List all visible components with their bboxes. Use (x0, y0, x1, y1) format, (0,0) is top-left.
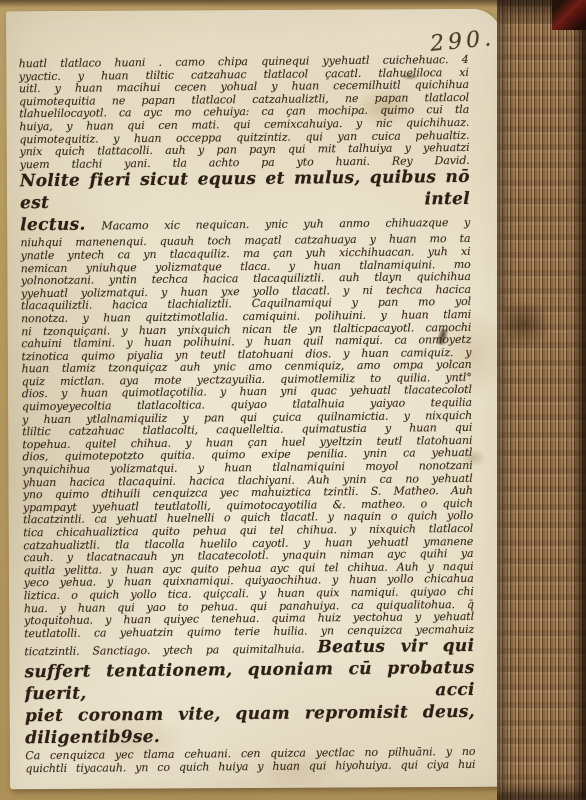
rubric-text: piet coronam vite, quam repromisit deus,… (25, 702, 475, 748)
rubric-text: Beatus vir qui (317, 636, 474, 658)
rubric-text: Nolite fieri sicut equus et mulus, quibu… (20, 167, 470, 213)
binding-corner (552, 0, 586, 30)
book-fore-edge (497, 0, 586, 800)
text-line: suffert tentationem, quoniam cū probatus… (24, 658, 474, 706)
manuscript-text: huatl tlatlaco huani . camo chipa quineq… (19, 54, 476, 776)
rubric-text: lectus. (20, 215, 86, 236)
manuscript-photo: 290. huatl tlatlaco huani . camo chipa q… (0, 0, 586, 800)
text-line: piet coronam vite, quam repromisit deus,… (25, 702, 475, 750)
body-text: Macamo xic nequican. ynic yuh anmo chihu… (86, 216, 471, 233)
manuscript-page: 290. huatl tlatlaco huani . camo chipa q… (6, 9, 506, 790)
fore-edge-stain (505, 300, 551, 348)
body-text: ticatzintli. Sanctiago. ytech pa quimita… (24, 643, 317, 659)
text-line: Nolite fieri sicut equus et mulus, quibu… (20, 167, 470, 215)
rubric-text: suffert tentationem, quoniam cū probatus… (24, 658, 474, 704)
page-number: 290. (429, 26, 496, 57)
